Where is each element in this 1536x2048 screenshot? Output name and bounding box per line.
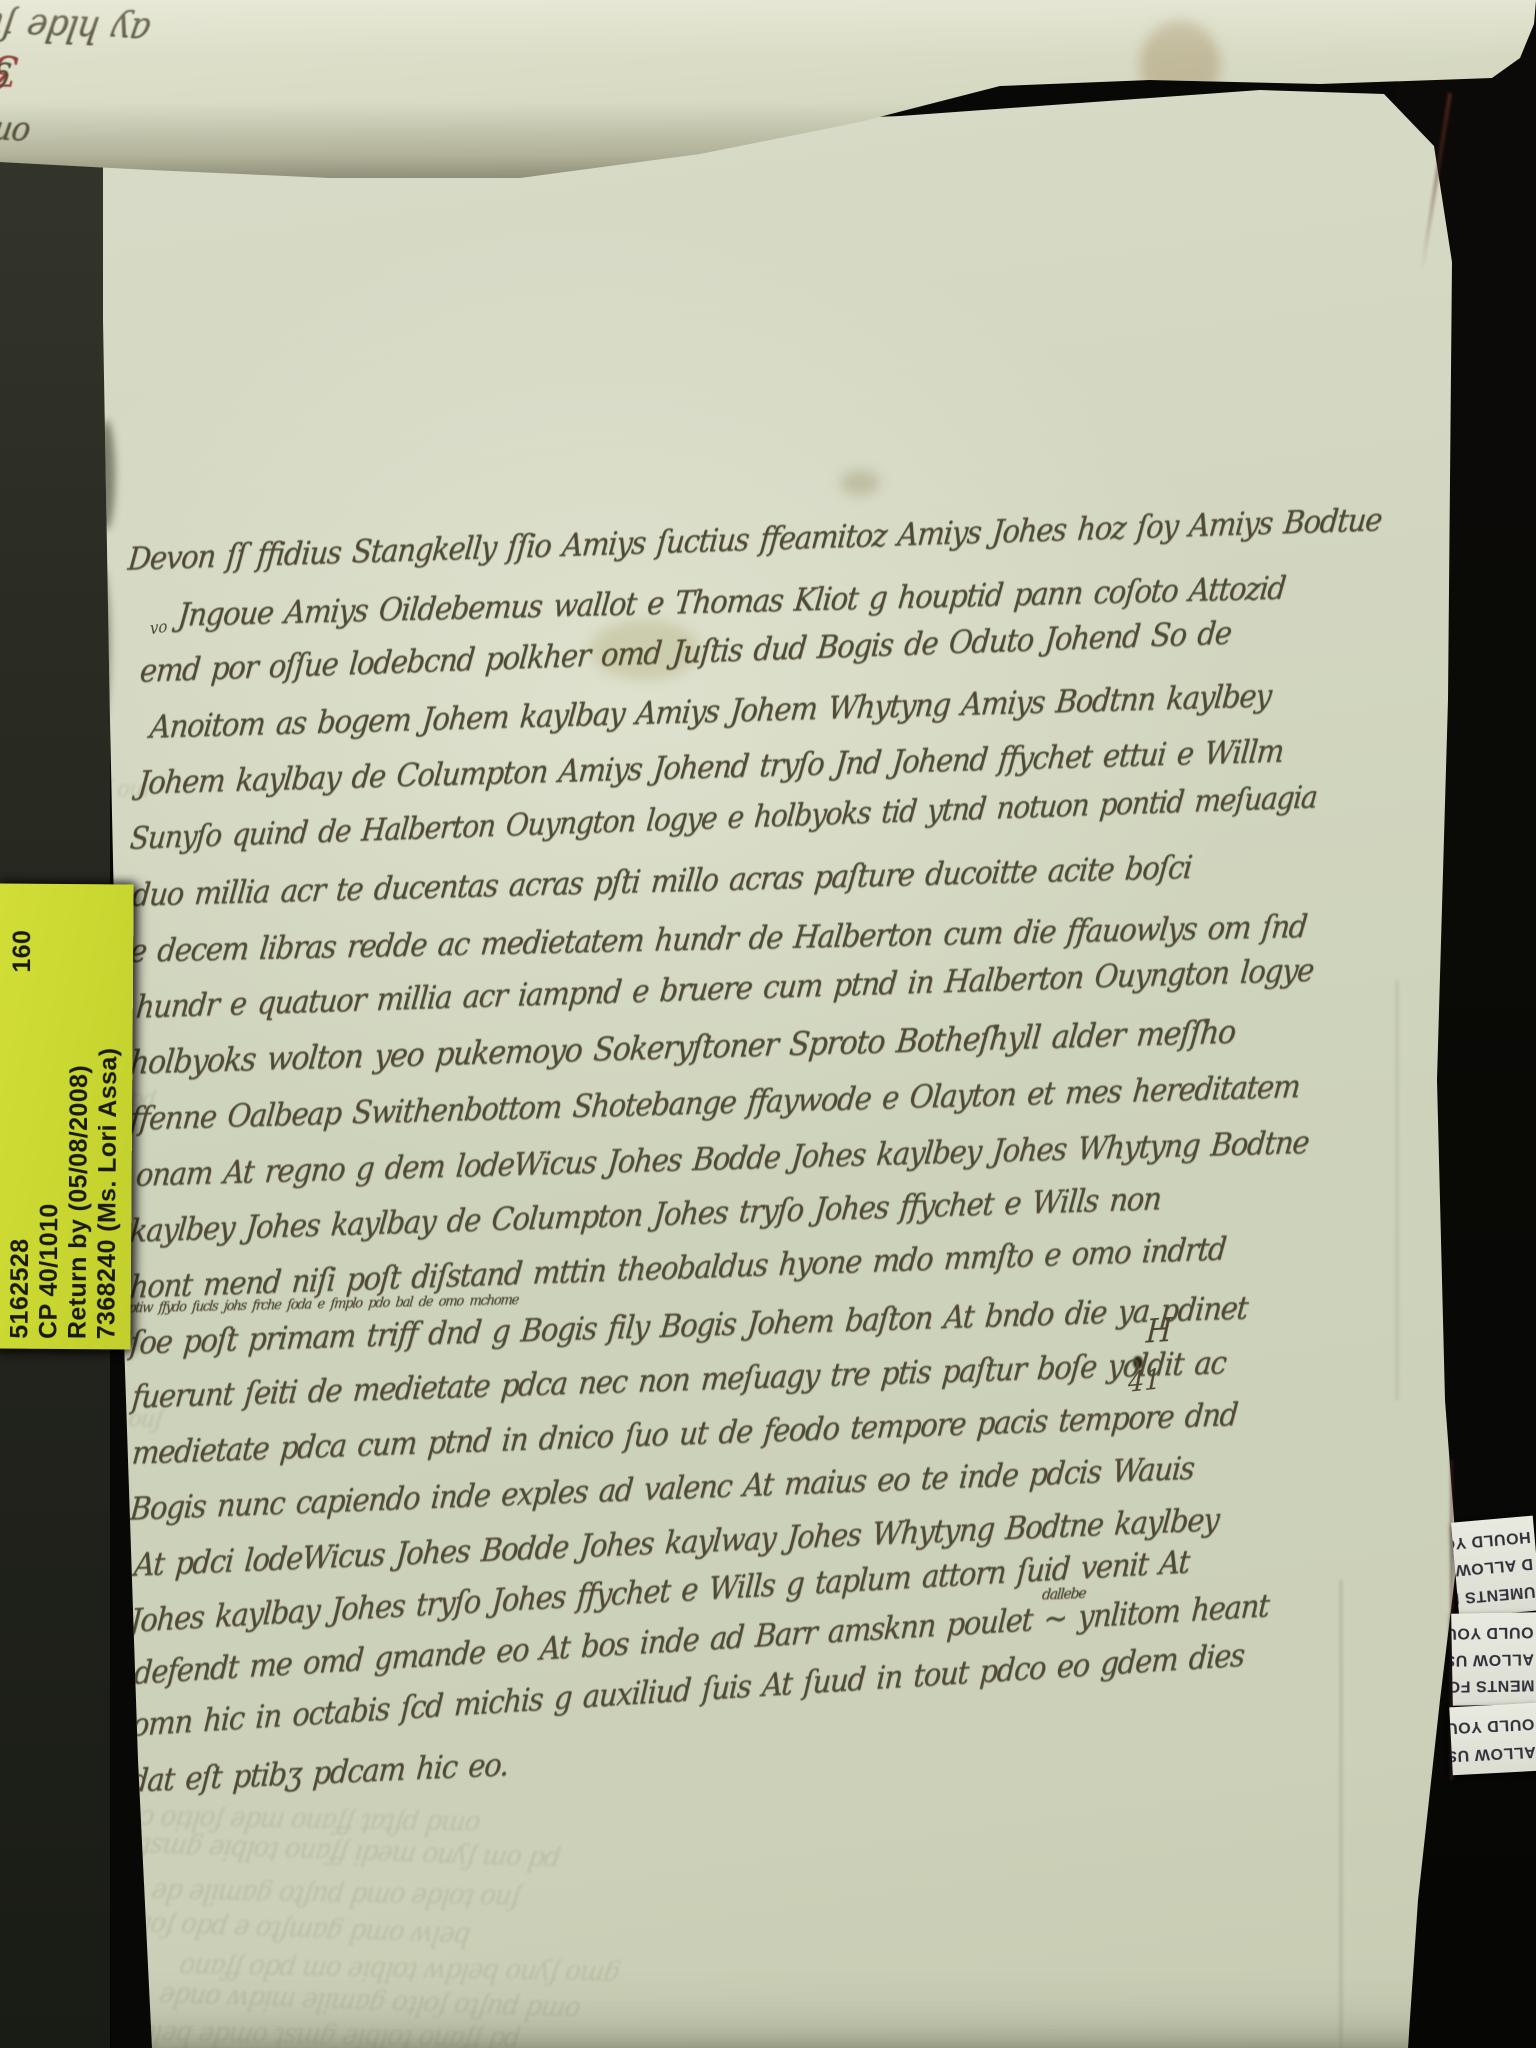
strip-text-line: MENTS FO xyxy=(1456,1676,1534,1695)
margin-mark: 41 xyxy=(1128,1365,1161,1397)
strip-text: UMENTS FD ALLOW UHOULD YOU xyxy=(1451,1516,1536,1618)
page-edge-shade xyxy=(0,0,1536,2048)
paper-strip: MENTS FOALLOW USOULD YOU xyxy=(1451,1612,1536,1705)
strip-text: ALLOW USOULD YOU I xyxy=(1449,1703,1536,1776)
note-return-by: Return by (05/08/2008) xyxy=(63,884,95,1339)
note-reader: 7368240 (Ms. Lori Assa) xyxy=(92,884,124,1339)
margin-mark: H xyxy=(1145,1315,1173,1349)
paper-strip: UMENTS FD ALLOW UHOULD YOU xyxy=(1451,1516,1536,1618)
red-edge-mark: ʒ xyxy=(0,4,20,105)
sticky-note-text: 5162528 160 CP 40/1010 Return by (05/08/… xyxy=(0,884,134,1350)
crease xyxy=(1340,1580,1342,2048)
ghost-line: pd ffano tolbie gmst omde beldw ſyno xyxy=(56,2019,522,2048)
strip-text-line: OULD YOU xyxy=(1455,1623,1533,1642)
paper-strip: ALLOW USOULD YOU I xyxy=(1449,1703,1536,1776)
manuscript-page: Devon ſſ ffidius Stangkelly ſſio Amiys ſ… xyxy=(0,0,1536,2048)
strip-text-line: UMENTS F xyxy=(1461,1581,1536,1605)
interlinear-line: dallebe xyxy=(1041,1586,1086,1603)
parchment-stain xyxy=(840,470,880,496)
edge-stain xyxy=(112,1830,136,2048)
note-shelfmark: CP 40/1010 xyxy=(34,884,66,1339)
strip-text-line: ALLOW US xyxy=(1456,1649,1534,1668)
crease xyxy=(1396,980,1398,1400)
sticky-note: 5162528 160 CP 40/1010 Return by (05/08/… xyxy=(0,884,134,1350)
strip-text-line: HOULD YOU xyxy=(1456,1527,1531,1551)
archive-photo: { "photo": { "backdrop_left_color": "#2a… xyxy=(0,0,1536,2048)
strip-text-line: D ALLOW U xyxy=(1458,1554,1533,1578)
strip-text-line: OULD YOU I xyxy=(1454,1714,1535,1736)
note-row: 5162528 160 xyxy=(5,884,37,1339)
note-corner-number: 160 xyxy=(8,930,37,973)
note-ref-number: 5162528 xyxy=(5,1238,35,1338)
strip-text: MENTS FOALLOW USOULD YOU xyxy=(1451,1612,1536,1705)
margin-mark: vo xyxy=(150,619,168,638)
strip-text-line: ALLOW US xyxy=(1455,1742,1536,1764)
